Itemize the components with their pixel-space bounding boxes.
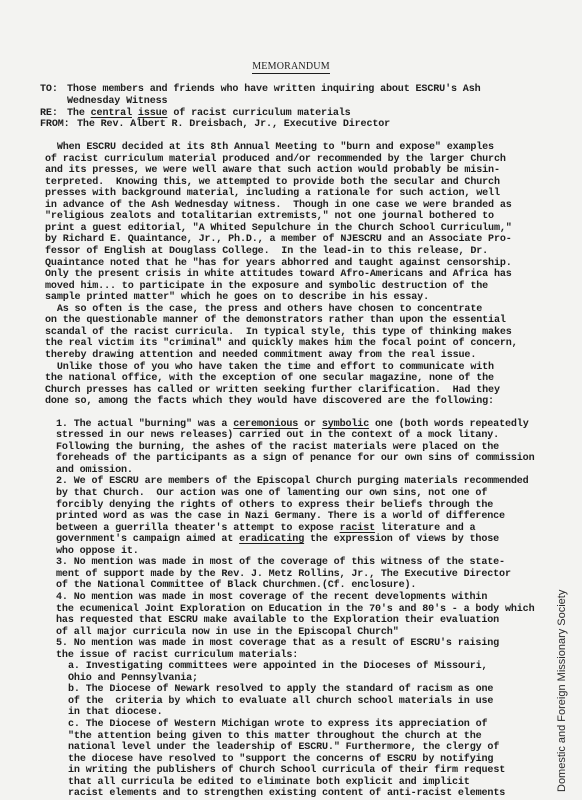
item2-text-post: literature and a <box>375 523 475 534</box>
paragraph-line: sample printed matter" which he goes on … <box>45 292 429 304</box>
sub-list-item-line: b. The Diocese of Newark resolved to app… <box>68 684 493 696</box>
list-item-line: 3. No mention was made in most of the co… <box>56 557 505 569</box>
paragraph-line: Church presses has called or written see… <box>45 385 500 397</box>
list-item-line: who oppose it. <box>56 546 139 558</box>
paragraph-line: by Richard E. Quaintance, Jr., Ph.D., a … <box>45 234 512 246</box>
paragraph-line: fessor of English at Douglass College. I… <box>45 246 488 258</box>
re-underlined-central: central <box>91 108 132 119</box>
paragraph-line: Only the present crisis in white attitud… <box>45 269 512 281</box>
item2-underlined-racist: racist <box>340 523 375 534</box>
list-item-line: the ecumenical Joint Exploration on Educ… <box>56 604 535 616</box>
re-text-post: of racist curriculum materials <box>167 108 350 119</box>
list-item-line: ment of support made by the Rev. J. Metz… <box>56 569 511 581</box>
list-item-line: of all major curricula now in use in the… <box>56 627 399 639</box>
paragraph-line: When ESCRU decided at its 8th Annual Mee… <box>45 142 494 154</box>
sub-list-item-line: Ohio and Pennsylvania; <box>68 673 198 685</box>
memo-page: MEMORANDUM TO: Those members and friends… <box>0 0 582 800</box>
list-item-line: has requested that ESCRU make available … <box>56 615 499 627</box>
memo-title: MEMORANDUM <box>0 61 582 72</box>
paragraph-line: the real victim its "criminal" and quick… <box>45 338 518 350</box>
sub-list-item-line: in writing the publishers of Church Scho… <box>68 765 505 777</box>
sub-list-item-line: c. The Diocese of Western Michigan wrote… <box>68 719 487 731</box>
paragraph-line: Unlike those of you who have taken the t… <box>45 362 494 374</box>
paragraph-line: on the questionable manner of the demons… <box>45 315 506 327</box>
sub-list-item-line: "the attention being given to this matte… <box>68 731 482 743</box>
list-item-line: between a guerrilla theater's attempt to… <box>56 523 475 535</box>
paragraph-line: As so often is the case, the press and o… <box>45 304 482 316</box>
to-line-2: Wednesday Witness <box>67 96 167 108</box>
paragraph-line: print a guest editorial, "A Whited Sepul… <box>45 223 512 235</box>
list-item-line: of the National Committee of Black Churc… <box>56 580 416 592</box>
to-line-1: Those members and friends who have writt… <box>67 84 481 96</box>
list-item-line: 4. No mention was made in most coverage … <box>56 592 487 604</box>
list-item-line: stressed in our news releases) carried o… <box>56 430 499 442</box>
sub-list-item-line: of the criteria by which to evaluate all… <box>68 696 493 708</box>
list-item-line: printed word as was the case in Nazi Ger… <box>56 511 505 523</box>
archive-watermark: Domestic and Foreign Missionary Society <box>556 590 568 792</box>
sub-list-item-line: the diocese have resolved to "support th… <box>68 754 493 766</box>
from-text: The Rev. Albert R. Dreisbach, Jr., Execu… <box>77 119 390 131</box>
list-item-line: the issue of racist curriculum materials… <box>56 650 298 662</box>
sub-list-item-line: national level under the leadership of E… <box>68 742 499 754</box>
list-item-line: foreheads of the participants as a sign … <box>56 453 535 465</box>
paragraph-line: in advance of the Ash Wednesday witness.… <box>45 200 512 212</box>
re-label: RE: <box>40 108 58 120</box>
memo-title-text: MEMORANDUM <box>252 61 330 74</box>
paragraph-line: terpreted. Knowing this, we attempted to… <box>45 177 500 189</box>
paragraph-line: Quaintance noted that he "has for years … <box>45 258 512 270</box>
item1-text-mid: or <box>298 419 322 430</box>
item2-text-post: the expression of views by those <box>304 534 499 545</box>
from-label: FROM: <box>40 119 70 131</box>
item2-underlined-eradicating: eradicating <box>239 534 304 545</box>
sub-list-item-line: racist elements and to strengthen existi… <box>68 788 505 800</box>
item1-text-post: one (both words repeatedly <box>369 419 529 430</box>
to-label: TO: <box>40 84 58 96</box>
item1-underlined-ceremonious: ceremonious <box>233 419 298 430</box>
item1-underlined-symbolic: symbolic <box>322 419 369 430</box>
paragraph-line: scandal of the racist curricula. In typi… <box>45 327 512 339</box>
list-item-line: Following the burning, the ashes of the … <box>56 442 499 454</box>
list-item-1: 1. The actual "burning" was a ceremoniou… <box>56 419 529 431</box>
list-item-line: by that Church. Our action was one of la… <box>56 488 487 500</box>
re-text-pre: The <box>67 108 91 119</box>
sub-list-item-line: a. Investigating committees were appoint… <box>68 661 487 673</box>
list-item-2: 2. We of ESCRU are members of the Episco… <box>56 476 529 488</box>
paragraph-line: presses with background material, includ… <box>45 188 500 200</box>
list-item-line: and omission. <box>56 465 133 477</box>
paragraph-line: "religious zealots and totalitarian extr… <box>45 211 494 223</box>
sub-list-item-line: that all curricula be edited to eliminat… <box>68 777 470 789</box>
paragraph-line: of racist curriculum material produced a… <box>45 154 506 166</box>
list-item-line: forcibly denying the rights of others to… <box>56 500 493 512</box>
item2-text-pre: between a guerrilla theater's attempt to… <box>56 523 340 534</box>
list-item-line: 5. No mention was made in most coverage … <box>56 638 499 650</box>
paragraph-line: done so, among the facts which they woul… <box>45 396 494 408</box>
paragraph-line: moved him... to participate in the expos… <box>45 281 488 293</box>
list-item-line: government's campaign aimed at eradicati… <box>56 534 499 546</box>
paragraph-line: the national office, with the exception … <box>45 373 494 385</box>
item2-text-pre: government's campaign aimed at <box>56 534 239 545</box>
sub-list-item-line: in that diocese. <box>68 707 163 719</box>
paragraph-line: and its presses, we were well aware that… <box>45 165 500 177</box>
paragraph-line: thereby drawing attention and needed com… <box>45 350 476 362</box>
item1-text-pre: 1. The actual "burning" was a <box>56 419 233 430</box>
re-text: The central issue of racist curriculum m… <box>67 108 351 120</box>
re-underlined-issue: issue <box>138 108 168 119</box>
